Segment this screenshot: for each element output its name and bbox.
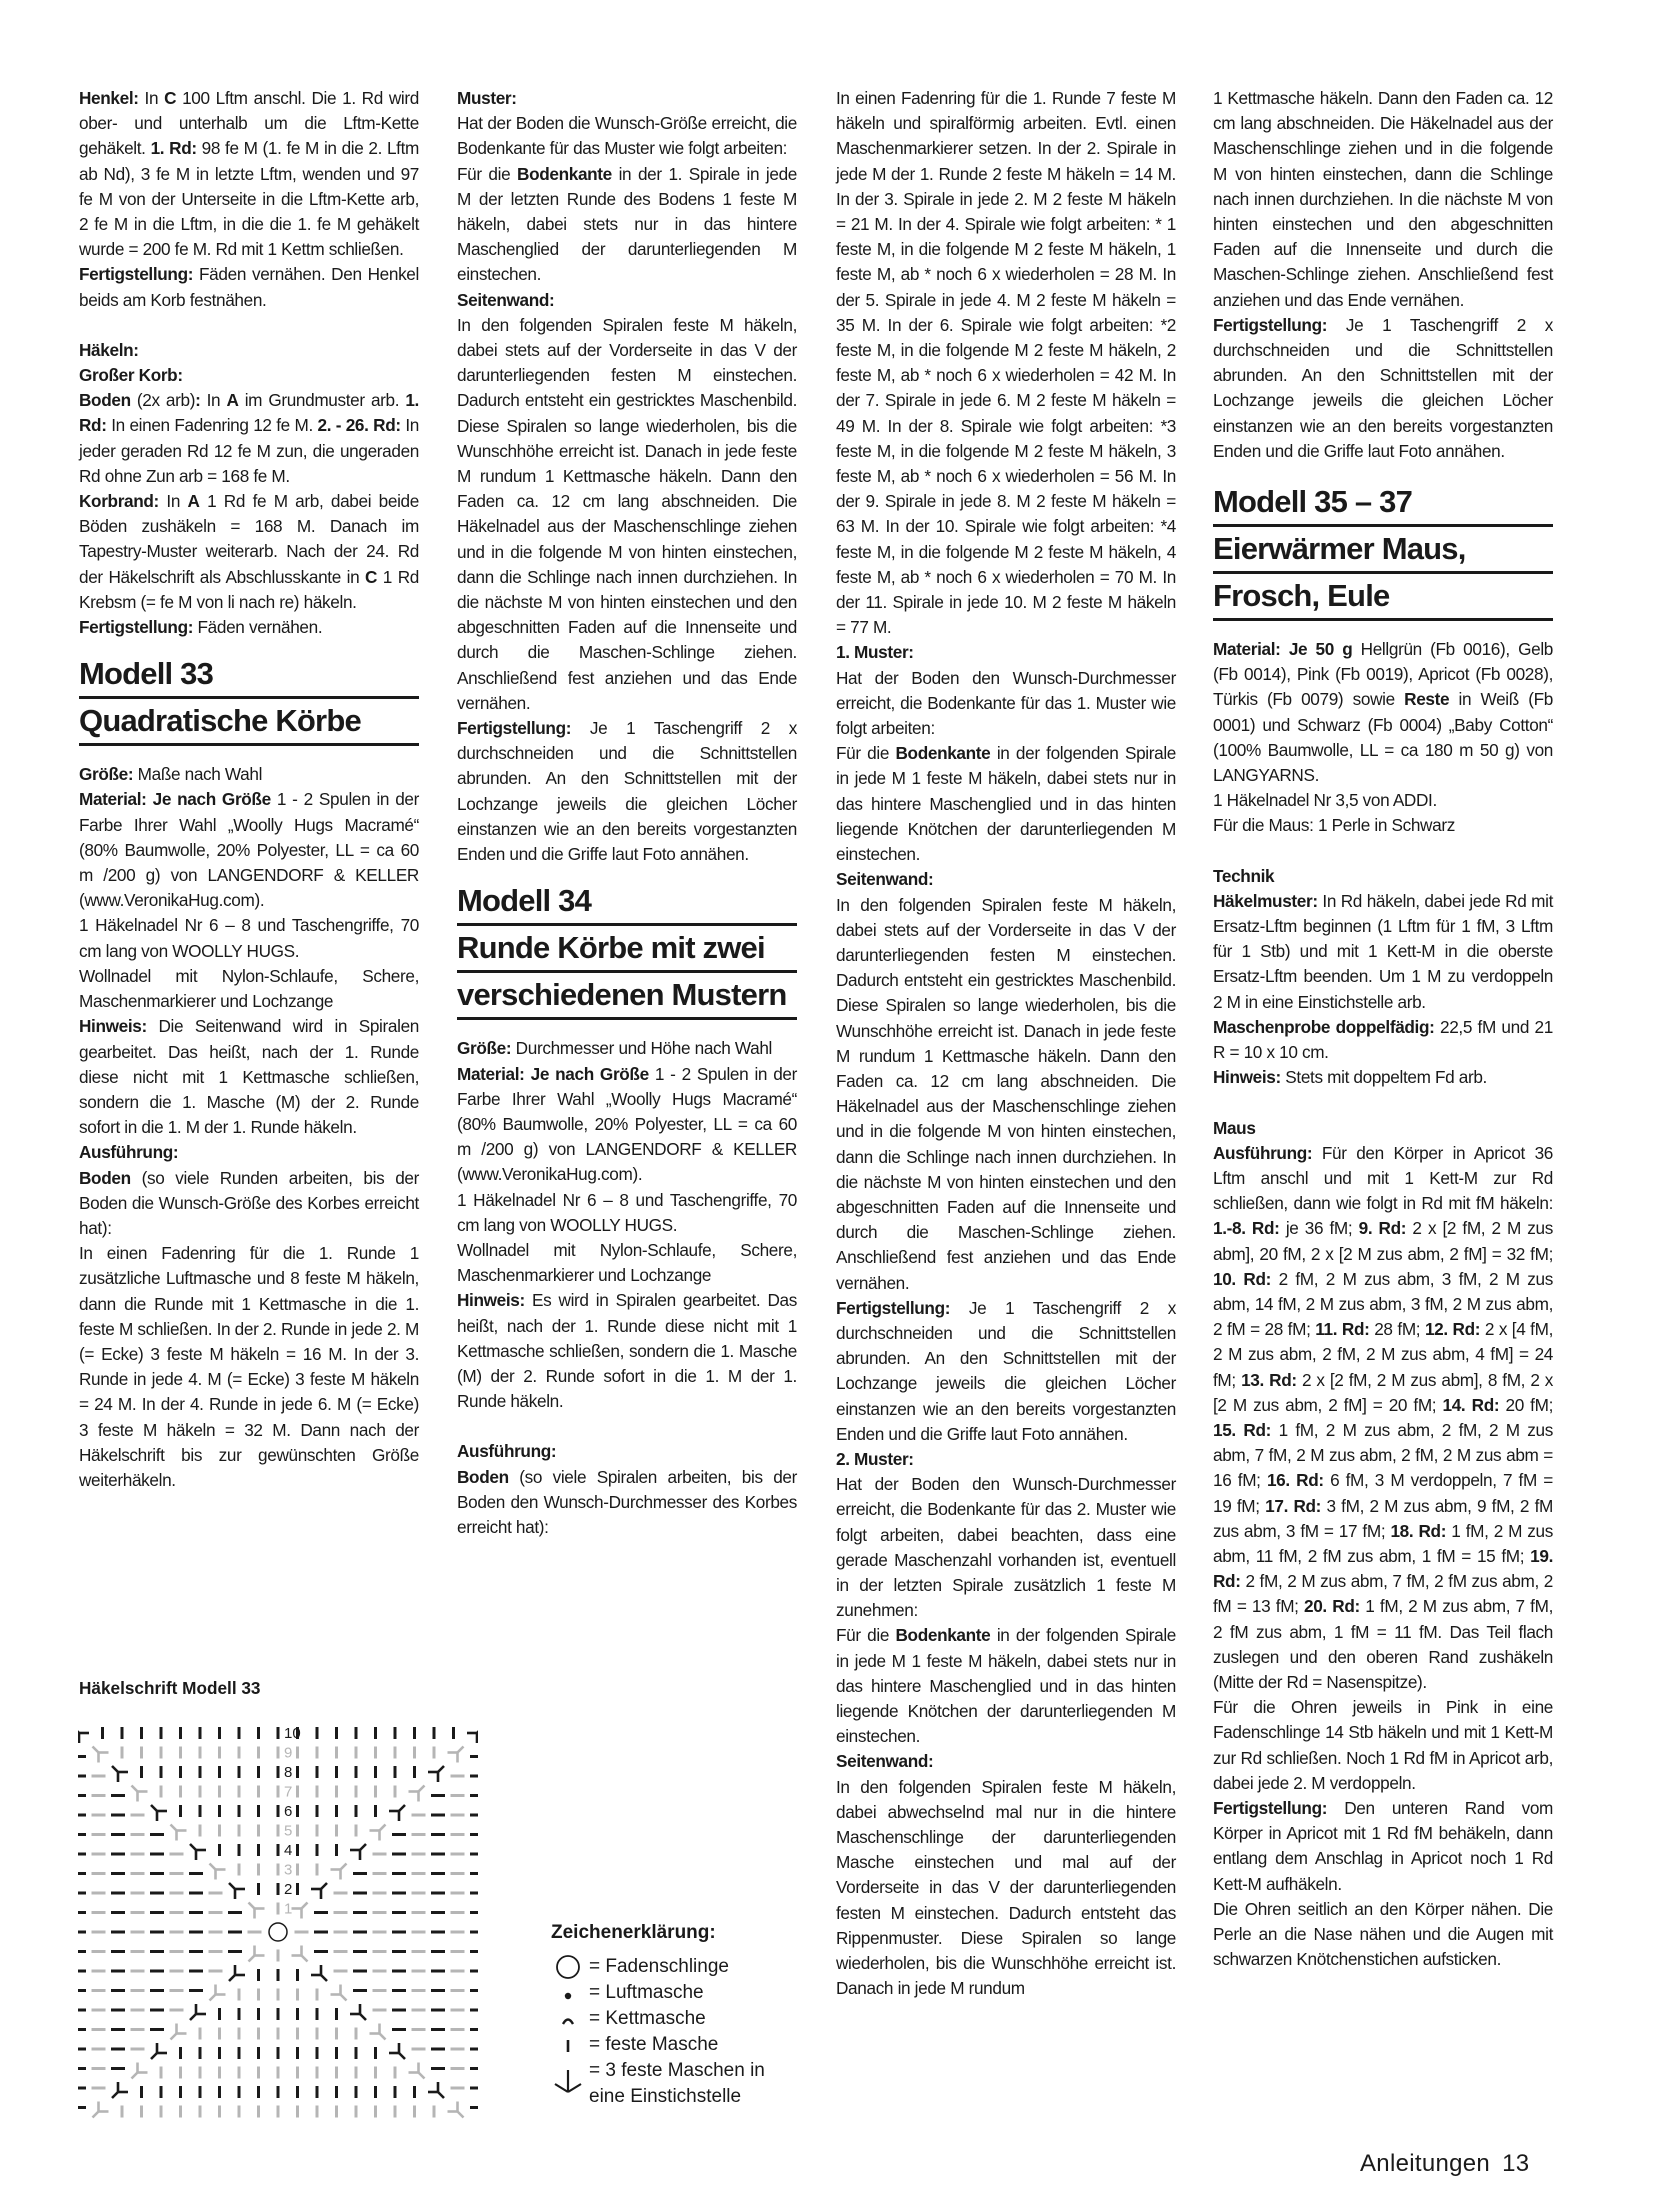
hinweis-paragraph: Hinweis: Die Seitenwand wird in Spiralen… <box>79 1014 419 1140</box>
dot-icon <box>551 1980 585 2006</box>
bodenkante-1: Für die Bodenkante in der folgenden Spir… <box>836 741 1176 867</box>
boden-rounds-text: In einen Fadenring für die 1. Runde 7 fe… <box>836 86 1176 640</box>
legend-item: = Fadenschlinge <box>551 1954 765 1980</box>
muster-1-label: 1. Muster: <box>836 640 1176 665</box>
fertigstellung-paragraph: Fertigstellung: Je 1 Taschengriff 2 x du… <box>457 716 797 867</box>
svg-text:6: 6 <box>284 1803 292 1820</box>
material-line-2: 1 Häkelnadel Nr 3,5 von ADDI. <box>1213 788 1553 813</box>
hinweis-paragraph: Hinweis: Es wird in Spiralen gearbeitet.… <box>457 1288 797 1414</box>
fertigstellung-1: Fertigstellung: Fäden vernähen. Den Henk… <box>79 262 419 312</box>
svg-text:2: 2 <box>284 1881 292 1898</box>
fertigstellung-paragraph: Fertigstellung: Je 1 Taschengriff 2 x du… <box>836 1296 1176 1447</box>
svg-text:5: 5 <box>284 1823 292 1840</box>
column-2: Muster: Hat der Boden die Wunsch-Größe e… <box>457 86 797 1540</box>
material-line-3: Wollnadel mit Nylon-Schlaufe, Schere, Ma… <box>79 964 419 1014</box>
fertigstellung-paragraph: Fertigstellung: Je 1 Taschengriff 2 x du… <box>1213 313 1553 464</box>
svg-text:1: 1 <box>284 1901 292 1918</box>
column-1: Henkel: In C 100 Lftm anschl. Die 1. Rd … <box>79 86 419 1493</box>
page-footer: Anleitungen13 <box>1360 2150 1529 2178</box>
maus-ausfuehrung: Ausführung: Für den Körper in Apricot 36… <box>1213 1141 1553 1695</box>
legend-item: = 3 feste Maschen ineine Einstichstelle <box>551 2058 765 2110</box>
page-number: 13 <box>1502 2150 1529 2177</box>
svg-text:10: 10 <box>284 1725 301 1742</box>
material-line-3: Wollnadel mit Nylon-Schlaufe, Schere, Ma… <box>457 1238 797 1288</box>
svg-text:4: 4 <box>284 1842 292 1859</box>
maschenprobe-paragraph: Maschenprobe doppelfädig: 22,5 fM und 21… <box>1213 1015 1553 1065</box>
legend: Zeichenerklärung: = Fadenschlinge = Luft… <box>551 1920 765 2110</box>
henkel-paragraph: Henkel: In C 100 Lftm anschl. Die 1. Rd … <box>79 86 419 262</box>
crochet-chart: 12345678910 <box>78 1690 478 2120</box>
korbrand-paragraph: Korbrand: In A 1 Rd fe M arb, dabei beid… <box>79 489 419 615</box>
material-paragraph: Material: Je nach Größe 1 - 2 Spulen in … <box>457 1062 797 1188</box>
column-4: 1 Kettmasche häkeln. Dann den Faden ca. … <box>1213 86 1553 1972</box>
circle-icon <box>551 1954 585 1980</box>
subheading-grosser-korb: Großer Korb: <box>79 363 419 388</box>
muster-1-text: Hat der Boden den Wunsch-Durchmesser err… <box>836 666 1176 742</box>
legend-item: = Kettmasche <box>551 2006 765 2032</box>
maus-heading: Maus <box>1213 1116 1553 1141</box>
groesse-paragraph: Größe: Durchmesser und Höhe nach Wahl <box>457 1036 797 1061</box>
bar-icon <box>551 2032 585 2058</box>
ausfuehrung-label: Ausführung: <box>457 1439 797 1464</box>
heading-modell-33: Modell 33 Quadratische Körbe <box>79 652 419 746</box>
boden-paragraph: Boden (2x arb): In A im Grundmuster arb.… <box>79 388 419 489</box>
groesse-paragraph: Größe: Maße nach Wahl <box>79 762 419 787</box>
ausfuehrung-text: In einen Fadenring für die 1. Runde 1 zu… <box>79 1241 419 1493</box>
ausfuehrung-boden: Boden (so viele Runden arbeiten, bis der… <box>79 1166 419 1242</box>
section-name: Anleitungen <box>1360 2150 1490 2177</box>
column-3: In einen Fadenring für die 1. Runde 7 fe… <box>836 86 1176 2001</box>
continued-text: 1 Kettmasche häkeln. Dann den Faden ca. … <box>1213 86 1553 313</box>
legend-item: = feste Masche <box>551 2032 765 2058</box>
fan-icon <box>551 2058 585 2110</box>
heading-modell-35-37: Modell 35 – 37 Eierwärmer Maus, Frosch, … <box>1213 480 1553 621</box>
seitenwand-1-text: In den folgenden Spiralen feste M häkeln… <box>836 893 1176 1296</box>
hinweis-paragraph: Hinweis: Stets mit doppeltem Fd arb. <box>1213 1065 1553 1090</box>
fertigstellung-2: Fertigstellung: Fäden vernähen. <box>79 615 419 640</box>
material-paragraph: Material: Je 50 g Hellgrün (Fb 0016), Ge… <box>1213 637 1553 788</box>
bodenkante-2: Für die Bodenkante in der folgenden Spir… <box>836 1623 1176 1749</box>
subheading-haekeln: Häkeln: <box>79 338 419 363</box>
legend-item: = Luftmasche <box>551 1980 765 2006</box>
svg-text:7: 7 <box>284 1784 292 1801</box>
seitenwand-label: Seitenwand: <box>457 288 797 313</box>
technik-heading: Technik <box>1213 864 1553 889</box>
haekelmuster-paragraph: Häkelmuster: In Rd häkeln, dabei jede Rd… <box>1213 889 1553 1015</box>
fertigstellung-2: Fertigstellung: Den unteren Rand vom Kör… <box>1213 1796 1553 1897</box>
muster-text: Hat der Boden die Wunsch-Größe erreicht,… <box>457 111 797 161</box>
ohren-text: Für die Ohren jeweils in Pink in eine Fa… <box>1213 1695 1553 1796</box>
material-line-3: Für die Maus: 1 Perle in Schwarz <box>1213 813 1553 838</box>
ausfuehrung-label: Ausführung: <box>79 1140 419 1165</box>
svg-text:9: 9 <box>284 1745 292 1762</box>
muster-2-label: 2. Muster: <box>836 1447 1176 1472</box>
material-paragraph: Material: Je nach Größe 1 - 2 Spulen in … <box>79 787 419 913</box>
legend-title: Zeichenerklärung: <box>551 1920 765 1946</box>
muster-label: Muster: <box>457 86 797 111</box>
seitenwand-text: In den folgenden Spiralen feste M häkeln… <box>457 313 797 716</box>
heading-modell-34: Modell 34 Runde Körbe mit zwei verschied… <box>457 879 797 1020</box>
material-line-2: 1 Häkelnadel Nr 6 – 8 und Taschengriffe,… <box>457 1188 797 1238</box>
seitenwand-2-label: Seitenwand: <box>836 1749 1176 1774</box>
muster-2-text: Hat der Boden den Wunsch-Durchmesser err… <box>836 1472 1176 1623</box>
material-line-2: 1 Häkelnadel Nr 6 – 8 und Taschengriffe,… <box>79 913 419 963</box>
svg-text:8: 8 <box>284 1764 292 1781</box>
seitenwand-2-text: In den folgenden Spiralen feste M häkeln… <box>836 1775 1176 2002</box>
final-text: Die Ohren seitlich an den Körper nähen. … <box>1213 1897 1553 1973</box>
arc-icon <box>551 2006 585 2032</box>
bodenkante-paragraph: Für die Bodenkante in der 1. Spirale in … <box>457 162 797 288</box>
ausfuehrung-boden: Boden (so viele Spiralen arbeiten, bis d… <box>457 1465 797 1541</box>
svg-text:3: 3 <box>284 1862 292 1879</box>
seitenwand-1-label: Seitenwand: <box>836 867 1176 892</box>
